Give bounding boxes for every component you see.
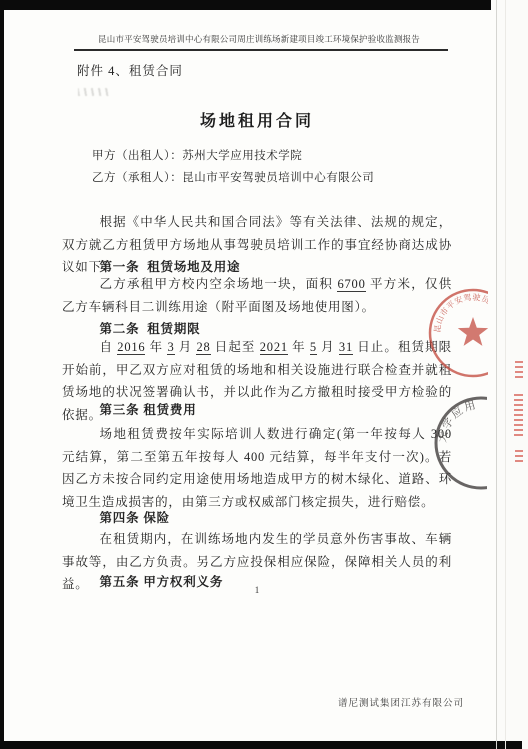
red-edge-mark [514,394,523,436]
contract-title: 场地租用合同 [62,108,452,131]
scan-border-left [0,0,4,749]
page-fold-line-light [505,0,506,749]
scan-border-top [0,0,491,10]
pencil-smudge-marks [78,88,110,96]
scanned-document: 昆山市平安驾驶员培训中心有限公司周庄训练场新建项目竣工环境保护验收监测报告 附件… [0,0,528,749]
party-a-line: 甲方（出租人）：苏州大学应用技术学院 [92,147,452,163]
report-running-header: 昆山市平安驾驶员培训中心有限公司周庄训练场新建项目竣工环境保护验收监测报告 [70,33,448,45]
scan-border-bottom [0,741,522,749]
article-1-body: 乙方承租甲方校内空余场地一块，面积 6700 平方米，仅供乙方车辆科目二训练用途… [62,273,452,318]
red-edge-mark [515,360,523,378]
article-3-body: 场地租赁费按年实际培训人数进行确定(第一年按每人 300 元结算，第二至第五年按… [62,423,452,513]
article-4-heading: 第四条 保险 [62,507,452,530]
party-b-line: 乙方（承租人）：昆山市平安驾驶员培训中心有限公司 [92,169,452,185]
header-rule [74,49,448,51]
red-edge-mark [515,448,523,462]
attachment-label: 附件 4、租赁合同 [77,61,183,79]
footer-company-name: 谱尼测试集团江苏有限公司 [338,695,464,709]
page-fold-line [496,0,497,749]
article-3-heading: 第三条 租赁费用 [62,399,452,422]
page-number: 1 [62,585,452,595]
